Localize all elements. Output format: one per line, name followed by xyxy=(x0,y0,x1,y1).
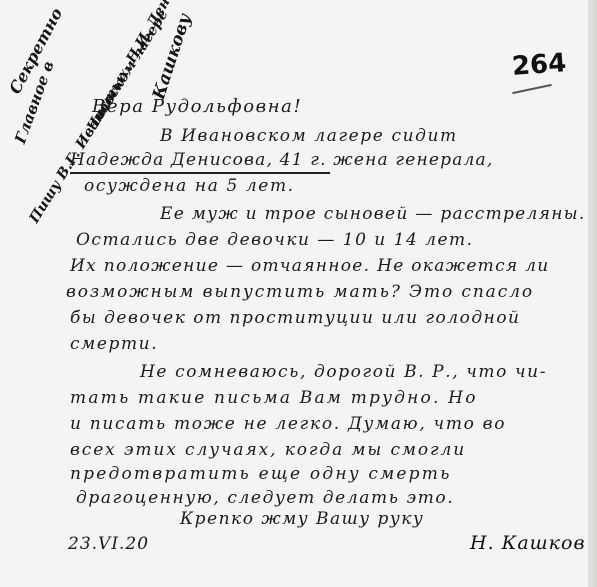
page-edge xyxy=(588,0,597,587)
letter-line: Остались две девочки — 10 и 14 лет. xyxy=(76,230,474,250)
letter-signature: Н. Кашков xyxy=(470,532,586,554)
letter-line: тать такие письма Вам трудно. Но xyxy=(70,388,478,408)
letter-line: предотвратить еще одну смерть xyxy=(70,464,452,484)
folio-number: 264 xyxy=(511,48,567,82)
folio-underline xyxy=(512,84,552,94)
letter-closing: Крепко жму Вашу руку xyxy=(180,509,424,529)
document-page: 264 Секретно Главное в Чистых. Н.И. Ленд… xyxy=(0,0,588,587)
letter-line: смерти. xyxy=(70,334,158,354)
letter-salutation: Вера Рудольфовна! xyxy=(92,96,302,117)
letter-line: осуждена на 5 лет. xyxy=(84,176,295,196)
name-underline xyxy=(70,172,330,174)
letter-line: и писать тоже не легко. Думаю, что во xyxy=(70,414,506,434)
letter-line: Их положение — отчаянное. Не окажется ли xyxy=(70,256,550,276)
letter-line: В Ивановском лагере сидит xyxy=(160,126,458,146)
letter-line: Надежда Денисова, 41 г. жена генерала, xyxy=(70,150,494,170)
letter-line: бы девочек от проституции или голодной xyxy=(70,308,521,328)
letter-line: Не сомневаюсь, дорогой В. Р., что чи- xyxy=(140,362,547,382)
letter-date: 23.VI.20 xyxy=(68,534,149,554)
letter-line: драгоценную, следует делать это. xyxy=(76,488,454,508)
letter-line: возможным выпустить мать? Это спасло xyxy=(66,282,534,302)
letter-line: всех этих случаях, когда мы смогли xyxy=(70,440,466,460)
letter-line: Ее муж и трое сыновей — расстреляны. xyxy=(160,204,586,224)
